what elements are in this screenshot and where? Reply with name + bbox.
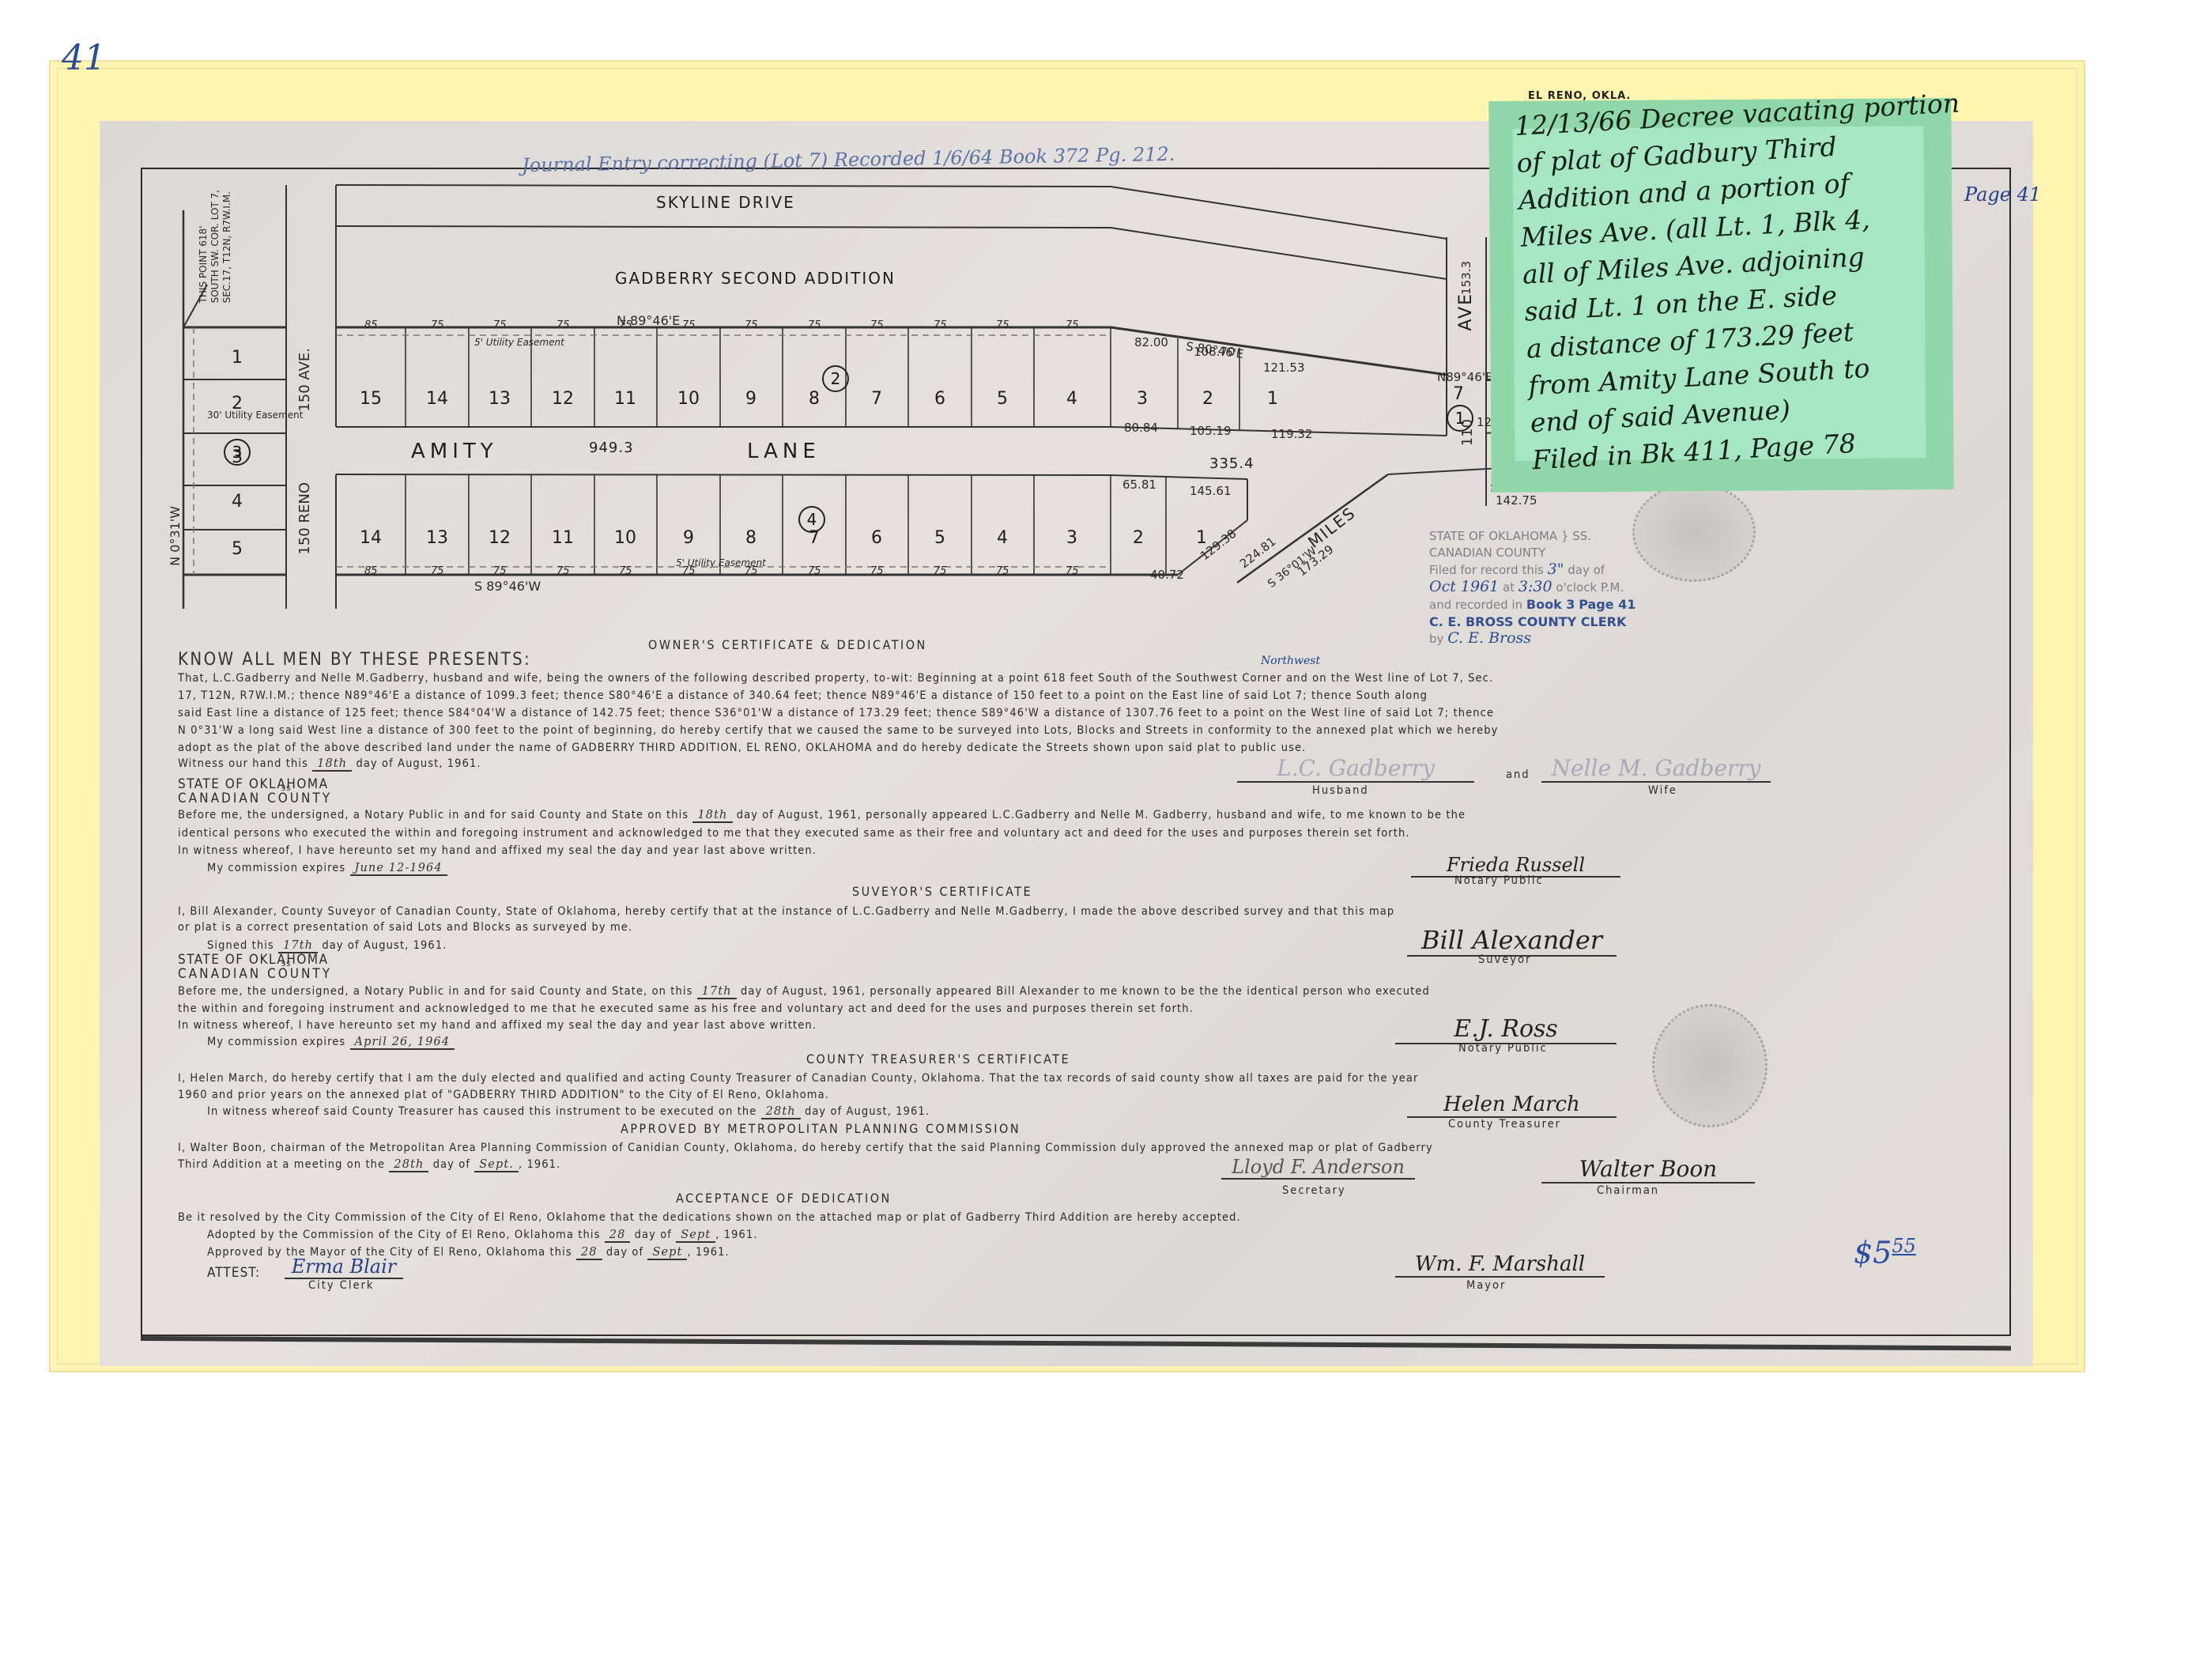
chairman-signature: Walter Boon — [1541, 1156, 1755, 1184]
surveyor-line2: or plat is a correct presentation of sai… — [178, 921, 632, 934]
lot-frontage: 75 — [1066, 319, 1079, 331]
lot-frontage: 75 — [556, 565, 570, 577]
surveyor-line1: I, Bill Alexander, County Suveyor of Can… — [178, 905, 1394, 918]
block-2-lot: 10 — [677, 389, 700, 409]
planning-line2: Third Addition at a meeting on the 28th … — [178, 1158, 560, 1171]
lot-frontage: 75 — [996, 565, 1009, 577]
surveyor-certificate-title: SUVEYOR'S CERTIFICATE — [852, 884, 1032, 899]
note-letterhead: EL RENO, OKLA. — [1528, 90, 1631, 102]
owners-notary-line2: identical persons who executed the withi… — [178, 827, 1410, 840]
surveyor-notary-expires: My commission expires April 26, 1964 — [207, 1036, 455, 1048]
treasurer-signature: Helen March — [1407, 1093, 1617, 1118]
husband-signature: L.C. Gadberry — [1237, 755, 1474, 783]
lot-frontage: 75 — [808, 565, 821, 577]
surveyor-role: Suveyor — [1478, 953, 1531, 966]
bearing-west: N 0°31'W — [168, 506, 183, 566]
block-4-lot: 14 — [360, 528, 382, 548]
owners-notary-ss: ss — [281, 783, 292, 793]
street-ave-top: 150 AVE. — [296, 348, 313, 412]
owners-lead: KNOW ALL MEN BY THESE PRESENTS: — [178, 650, 531, 670]
lot-frontage: 75 — [556, 319, 570, 331]
city-clerk-role: City Clerk — [308, 1279, 374, 1292]
lot-frontage: 75 — [934, 565, 947, 577]
amity-length: 949.3 — [589, 440, 634, 456]
lot-frontage: 75 — [682, 565, 696, 577]
block-4-lot: 10 — [614, 528, 636, 548]
owners-notary-county: CANADIAN COUNTY — [178, 791, 332, 806]
husband-label: Husband — [1312, 784, 1369, 797]
point-of-beginning-note: THIS POINT 618'SOUTH SW. COR. LOT 7,SEC.… — [198, 190, 233, 303]
owners-witness-line: Witness our hand this 18th day of August… — [178, 757, 481, 770]
surveyor-signed-line: Signed this 17th day of August, 1961. — [207, 939, 447, 952]
dim-b4-lot1-top: 145.61 — [1190, 484, 1232, 498]
owners-notary-expires: My commission expires June 12-1964 — [207, 862, 447, 874]
easement-lines — [194, 327, 1111, 575]
dim-b2-lot2-bottom: 105.19 — [1190, 424, 1232, 438]
lot-frontage: 85 — [364, 565, 378, 577]
surveyor-signature: Bill Alexander — [1407, 925, 1617, 957]
lot-frontage: 85 — [364, 319, 378, 331]
block-4-lot: 2 — [1133, 528, 1144, 548]
owners-notary-state: STATE OF OKLAHOMA — [178, 776, 329, 792]
block-1-marker: 1 — [1447, 405, 1473, 432]
surveyor-notary-line2: the within and foregoing instrument and … — [178, 1002, 1194, 1015]
county-seal-stamp — [1632, 482, 1756, 582]
planning-line1: I, Walter Boon, chairman of the Metropol… — [178, 1142, 1433, 1154]
lot-frontage: 75 — [996, 319, 1009, 331]
surveyor-notary-signature: E.J. Ross — [1395, 1015, 1617, 1044]
treasurer-line2: 1960 and prior years on the annexed plat… — [178, 1089, 829, 1101]
block-2-lot: 9 — [745, 389, 756, 409]
lot-frontage: 75 — [431, 565, 444, 577]
block-2-lot: 1 — [1267, 389, 1278, 409]
street-ave-right: AVE — [1456, 293, 1476, 331]
lot-frontage: 75 — [870, 319, 884, 331]
dim-b2-lot1-top: 121.53 — [1263, 361, 1305, 375]
block-2-lot: 4 — [1066, 389, 1077, 409]
block-2-lot: 8 — [809, 389, 820, 409]
lot-frontage: 75 — [870, 565, 884, 577]
acceptance-adopted: Adopted by the Commission of the City of… — [207, 1229, 758, 1241]
dim-b4-lot2-top: 65.81 — [1122, 478, 1156, 492]
block-4-lot: 4 — [997, 528, 1008, 548]
block-2-lot: 12 — [552, 389, 574, 409]
lot-frontage: 75 — [1066, 565, 1079, 577]
adjacent-addition-label: GADBERRY SECOND ADDITION — [615, 269, 896, 288]
lot-frontage: 75 — [745, 565, 758, 577]
secretary-signature: Lloyd F. Anderson — [1221, 1156, 1415, 1180]
owners-notary-role: Notary Public — [1454, 874, 1544, 887]
block-2-lot: 6 — [934, 389, 945, 409]
lot-frontage: 75 — [745, 319, 758, 331]
dim-b2-lot1-bottom: 119.32 — [1271, 427, 1313, 441]
block-2-lot: 15 — [360, 389, 382, 409]
lot-frontage: 75 — [682, 319, 696, 331]
treasurer-seal — [1652, 1004, 1768, 1127]
lot-frontage: 75 — [619, 565, 632, 577]
block-4-lot: 5 — [934, 528, 945, 548]
recording-fee: $555 — [1854, 1235, 1916, 1270]
surveyor-notary-line3: In witness whereof, I have hereunto set … — [178, 1019, 817, 1032]
owners-certificate-line: adopt as the plat of the above described… — [178, 742, 1306, 754]
owners-certificate-line: N 0°31'W a long said West line a distanc… — [178, 724, 1498, 737]
secretary-role: Secretary — [1282, 1184, 1346, 1197]
dim-b2-lot2-top: 108.70 — [1194, 345, 1236, 359]
dim-b4-lot1-bottom: 40.72 — [1150, 568, 1184, 582]
owners-certificate-line: That, L.C.Gadberry and Nelle M.Gadberry,… — [178, 672, 1493, 685]
block-2-marker: 2 — [822, 365, 849, 392]
block-1-lot-7: 7 — [1453, 384, 1464, 404]
street-skyline-drive: SKYLINE DRIVE — [656, 193, 795, 212]
block-3-lot: 1 — [232, 348, 243, 368]
lot-frontage: 75 — [493, 565, 507, 577]
street-lane: LANE — [747, 440, 821, 463]
lane-east-length: 335.4 — [1209, 455, 1254, 472]
city-clerk-signature: Erma Blair — [285, 1255, 403, 1279]
northwest-correction: Northwest — [1261, 655, 1320, 667]
block-4-lot: 8 — [745, 528, 756, 548]
block-4-lot: 6 — [871, 528, 882, 548]
lot-frontage: 75 — [431, 319, 444, 331]
lot-lines — [406, 327, 1239, 575]
lot-frontage: 75 — [934, 319, 947, 331]
block-2-lot: 2 — [1202, 389, 1213, 409]
block-2-lot: 13 — [489, 389, 511, 409]
block-3-lot: 4 — [232, 492, 243, 512]
chairman-role: Chairman — [1597, 1184, 1659, 1197]
bearing-south: S 89°46'W — [474, 579, 541, 594]
block-2-lot: 14 — [426, 389, 448, 409]
block-4-lot: 3 — [1066, 528, 1077, 548]
mayor-role: Mayor — [1466, 1279, 1506, 1292]
lot-frontage: 75 — [619, 319, 632, 331]
block-4-lot: 9 — [683, 528, 694, 548]
owners-certificate-line: 17, T12N, R7W.I.M.; thence N89°46'E a di… — [178, 689, 1428, 702]
decree-text: 12/13/66 Decree vacating portionof plat … — [1514, 85, 1975, 479]
lot-frontage: 75 — [493, 319, 507, 331]
treasurer-line1: I, Helen March, do hereby certify that I… — [178, 1072, 1418, 1085]
dim-southeast: 142.75 — [1496, 493, 1537, 508]
surveyor-notary-ss: ss — [281, 958, 292, 968]
treasurer-role: County Treasurer — [1448, 1118, 1561, 1131]
surveyor-notary-county: CANADIAN COUNTY — [178, 966, 332, 982]
block-4-lot: 12 — [489, 528, 511, 548]
owners-certificate-line: said East line a distance of 125 feet; t… — [178, 707, 1494, 719]
block-2-lot: 3 — [1137, 389, 1148, 409]
dim-b2-lot3-bottom: 80.84 — [1124, 421, 1158, 435]
west-easement-label: 30' Utility Easement — [207, 410, 303, 421]
owners-notary-line1: Before me, the undersigned, a Notary Pub… — [178, 809, 1466, 821]
wife-signature: Nelle M. Gadberry — [1541, 755, 1771, 783]
block-2-lot: 7 — [871, 389, 882, 409]
dim-b2-lot3-top: 82.00 — [1134, 335, 1168, 349]
surveyor-notary-state: STATE OF OKLAHOMA — [178, 952, 329, 968]
block-2-lot: 5 — [997, 389, 1008, 409]
north-easement-label: 5' Utility Easement — [474, 337, 564, 348]
treasurer-certificate-title: COUNTY TREASURER'S CERTIFICATE — [806, 1051, 1070, 1067]
ave-right-length: 153.3 — [1459, 261, 1473, 295]
recording-stamp: STATE OF OKLAHOMA } SS. CANADIAN COUNTY … — [1429, 528, 1636, 647]
street-reno: 150 RENO — [296, 482, 313, 555]
block-3-lot: 2 — [232, 394, 243, 413]
block-4-lot: 13 — [426, 528, 448, 548]
surveyor-notary-role: Notary Public — [1458, 1042, 1548, 1055]
acceptance-line1: Be it resolved by the City Commission of… — [178, 1211, 1241, 1224]
planning-commission-title: APPROVED BY METROPOLITAN PLANNING COMMIS… — [621, 1121, 1021, 1136]
block-2-lot: 11 — [614, 389, 636, 409]
block-3-lot: 5 — [232, 539, 243, 559]
and-label: and — [1506, 768, 1530, 781]
block-4-lot: 11 — [552, 528, 574, 548]
acceptance-title: ACCEPTANCE OF DEDICATION — [676, 1191, 892, 1206]
surveyor-notary-line1: Before me, the undersigned, a Notary Pub… — [178, 985, 1430, 998]
street-amity: AMITY — [411, 440, 498, 463]
owners-certificate-title: OWNER'S CERTIFICATE & DEDICATION — [648, 637, 927, 652]
treasurer-line3: In witness whereof said County Treasurer… — [207, 1105, 930, 1118]
lot-frontage: 75 — [808, 319, 821, 331]
bearing-block1: N89°46'E — [1437, 370, 1493, 384]
attest-label: ATTEST: — [207, 1265, 260, 1281]
block-4-lot: 7 — [809, 528, 820, 548]
owners-notary-line3: In witness whereof, I have hereunto set … — [178, 844, 817, 857]
block-3-lot: 3 — [232, 447, 243, 467]
mayor-signature: Wm. F. Marshall — [1395, 1252, 1605, 1278]
wife-label: Wife — [1648, 784, 1677, 797]
